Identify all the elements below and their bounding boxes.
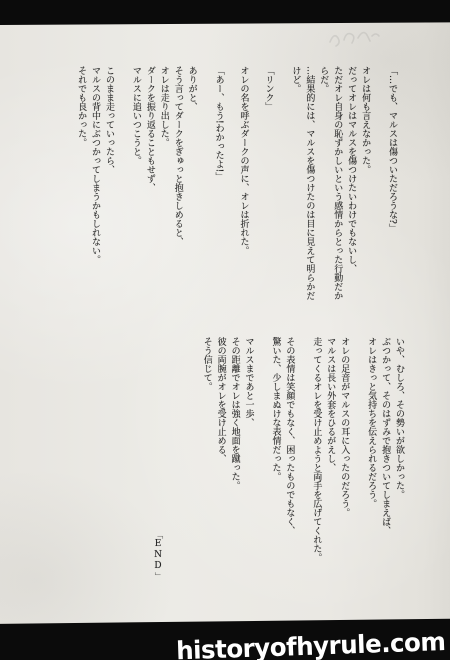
text-line: その距離でオレは強く地面を蹴った。 bbox=[227, 337, 241, 571]
text-line: オレは何も言えなかった。 bbox=[357, 66, 371, 330]
end-open-bracket: 「 bbox=[155, 531, 161, 539]
text-line: 「リンク」 bbox=[261, 66, 275, 330]
text-line: らだ。 bbox=[315, 66, 329, 330]
paragraph: ありがと、そう言ってダークをぎゅっと抱きしめると、オレは走り出した。ダークを振り… bbox=[128, 66, 198, 330]
paragraph: 「リンク」オレの名を呼ぶダークの声に、オレは折れた。「あー、もう!わかったよ!」 bbox=[211, 66, 275, 330]
text-line: 「あー、もう!わかったよ!」 bbox=[211, 66, 225, 330]
text-line: いや、むしろ、その勢いが欲しかった。 bbox=[391, 337, 405, 571]
scan-border-top bbox=[0, 0, 450, 26]
text-line: けど。 bbox=[287, 66, 301, 330]
end-mark: 「END」 bbox=[150, 532, 166, 579]
text-line: オレの名を呼ぶダークの声に、オレは折れた。 bbox=[236, 66, 250, 330]
text-line: オレはきっと気持ちを伝えられるだろう。 bbox=[363, 337, 377, 571]
paragraph: 「…でも、マルスは傷ついただろうな?」 bbox=[384, 66, 398, 330]
paragraph: いや、むしろ、その勢いが欲しかった。ぶつかって、そのはずみで抱きついてしまえば、… bbox=[363, 337, 405, 571]
text-line: その表情は笑顔でもなく、困ったものでもなく、 bbox=[281, 337, 295, 571]
text-line: マルスまであと一歩、 bbox=[241, 337, 255, 571]
end-letter: E bbox=[155, 540, 162, 549]
text-line: ただオレ自身の恥ずかしいという感情からとった行動だか bbox=[329, 66, 343, 330]
text-line: マルスの背中にぶつかってしまうかもしれない。 bbox=[87, 66, 101, 330]
text-line: そう信じて。 bbox=[199, 337, 213, 571]
text-line: それでも良かった。 bbox=[73, 66, 87, 330]
paragraph: オレは何も言えなかった。だってオレはマルスを傷つけたいわけでもないし、ただオレ自… bbox=[287, 66, 371, 330]
text-line: オレは走り出した。 bbox=[156, 66, 170, 330]
text-line: ありがと、 bbox=[184, 66, 198, 330]
text-line: オレの足音がマルスの耳に入ったのだろう。 bbox=[336, 337, 350, 571]
end-letter: N bbox=[154, 551, 162, 560]
text-line: マルスは長い外套をひるがえし、 bbox=[322, 337, 336, 571]
end-close-bracket: 」 bbox=[155, 572, 161, 580]
text-line: そう言ってダークをぎゅっと抱きしめると、 bbox=[170, 66, 184, 330]
text-line: ぶつかって、そのはずみで抱きついてしまえば、 bbox=[377, 337, 391, 571]
scanned-doujinshi-page: 「…でも、マルスは傷ついただろうな?」オレは何も言えなかった。だってオレはマルス… bbox=[0, 0, 450, 660]
text-line: だってオレはマルスを傷つけたいわけでもないし、 bbox=[343, 66, 357, 330]
pencil-smudge bbox=[326, 24, 382, 52]
watermark-url: historyofhyrule.com bbox=[176, 627, 446, 660]
scan-border-bottom: historyofhyrule.com bbox=[0, 617, 450, 660]
text-line: このまま走っていったら、 bbox=[101, 66, 115, 330]
story-text-bottom: いや、むしろ、その勢いが欲しかった。ぶつかって、そのはずみで抱きついてしまえば、… bbox=[199, 337, 405, 571]
text-line: 驚いた、少しまぬけな表情だった。 bbox=[268, 337, 282, 571]
text-line: 走ってくるオレを受け止めようと両手を広げてくれた。 bbox=[308, 337, 322, 571]
text-line: マルスに追いつこうと。 bbox=[128, 66, 142, 330]
story-text-top: 「…でも、マルスは傷ついただろうな?」オレは何も言えなかった。だってオレはマルス… bbox=[73, 66, 398, 330]
end-letter: D bbox=[154, 562, 161, 571]
paragraph: その表情は笑顔でもなく、困ったものでもなく、驚いた、少しまぬけな表情だった。 bbox=[268, 337, 296, 571]
text-line: 彼の両腕がオレを受け止める、 bbox=[213, 337, 227, 571]
text-line: ダークを振り返ることもせず、 bbox=[142, 66, 156, 330]
paragraph: マルスまであと一歩、その距離でオレは強く地面を蹴った。彼の両腕がオレを受け止める… bbox=[199, 337, 255, 571]
paragraph: このまま走っていったら、マルスの背中にぶつかってしまうかもしれない。それでも良か… bbox=[73, 66, 115, 330]
paragraph: オレの足音がマルスの耳に入ったのだろう。マルスは長い外套をひるがえし、走ってくる… bbox=[308, 337, 350, 571]
text-line: 「…でも、マルスは傷ついただろうな?」 bbox=[384, 66, 398, 330]
text-line: …結果的には、マルスを傷つけたのは目に見えて明らかだ bbox=[301, 66, 315, 330]
